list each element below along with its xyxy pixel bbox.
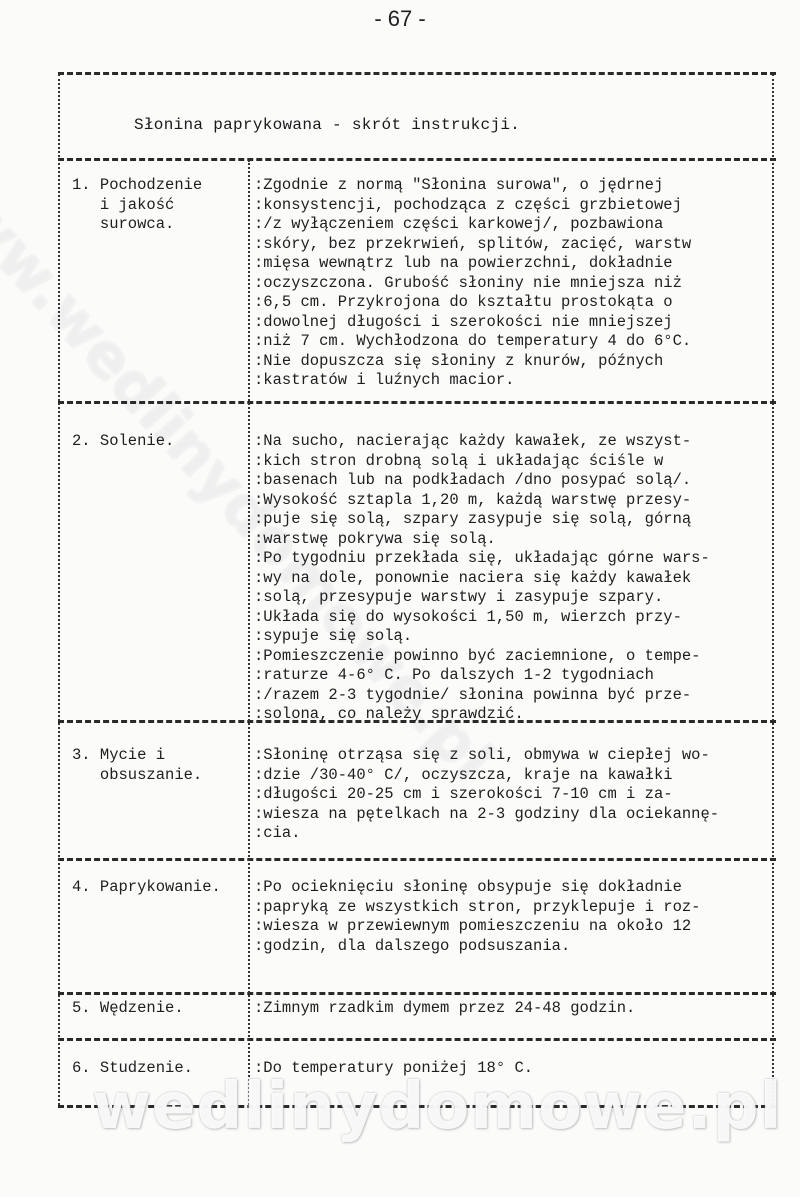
rule-sec5-bottom [58,1038,776,1041]
section-label: 1. Pochodzenie i jakość surowca. [72,176,252,235]
section-content: :Zgodnie z normą "Słonina surowa", o jęd… [254,176,774,391]
content-line: :Zgodnie z normą "Słonina surowa", o jęd… [254,176,774,196]
content-line: :konsystencji, pochodząca z części grzbi… [254,196,774,216]
content-line: :Układa się do wysokości 1,50 m, wierzch… [254,608,774,628]
content-line: :basenach lub na podkładach /dno posypać… [254,471,774,491]
content-line: :cia. [254,824,774,844]
section-content: :Po ocieknięciu słoninę obsypuje się dok… [254,878,774,956]
rule-top [58,72,776,75]
content-line: :niż 7 cm. Wychłodzona do temperatury 4 … [254,332,774,352]
section-content: :Słoninę otrząsa się z soli, obmywa w ci… [254,746,774,844]
section-label: 4. Paprykowanie. [72,878,252,898]
rule-sec1-bottom [58,401,776,404]
content-line: :Na sucho, nacierając każdy kawałek, ze … [254,432,774,452]
document-title: Słonina paprykowana - skrót instrukcji. [134,116,520,134]
content-line: :Po tygodniu przekłada się, układając gó… [254,549,774,569]
content-line: :puje się solą, szpary zasypuje się solą… [254,510,774,530]
border-left [58,74,60,1105]
content-line: :papryką ze wszystkich stron, przyklepuj… [254,898,774,918]
content-line: :/z wyłączeniem części karkowej/, pozbaw… [254,215,774,235]
section-content: :Na sucho, nacierając każdy kawałek, ze … [254,432,774,725]
content-line: :oczyszczona. Grubość słoniny nie mniejs… [254,274,774,294]
section-label: 5. Wędzenie. [72,999,252,1019]
section-label: 2. Solenie. [72,432,252,452]
section-label: 3. Mycie i obsuszanie. [72,746,252,785]
rule-sec3-bottom [58,858,776,861]
content-line: :warstwę pokrywa się solą. [254,530,774,550]
content-line: :wiesza na pętelkach na 2-3 godziny dla … [254,805,774,825]
content-line: :wy na dole, ponownie naciera się każdy … [254,569,774,589]
content-line: :dzie /30-40° C/, oczyszcza, kraje na ka… [254,766,774,786]
instruction-table: Słonina paprykowana - skrót instrukcji. … [58,72,776,1118]
content-line: :raturze 4-6° C. Po dalszych 1-2 tygodni… [254,666,774,686]
content-line: :solona, co należy sprawdzić. [254,705,774,725]
rule-sec4-bottom [58,992,776,995]
content-line: :solą, przesypuje warstwy i zasypuje szp… [254,588,774,608]
content-line: :dowolnej długości i szerokości nie mnie… [254,313,774,333]
rule-title-bottom [58,158,776,161]
content-line: :długości 20-25 cm i szerokości 7-10 cm … [254,785,774,805]
content-line: :sypuje się solą. [254,627,774,647]
content-line: :Słoninę otrząsa się z soli, obmywa w ci… [254,746,774,766]
page-number: - 67 - [0,6,800,32]
content-line: :/razem 2-3 tygodnie/ słonina powinna by… [254,686,774,706]
content-line: :Wysokość sztapla 1,20 m, każdą warstwę … [254,491,774,511]
column-divider [248,160,250,1105]
section-content: :Zimnym rzadkim dymem przez 24-48 godzin… [254,999,774,1019]
content-line: :skóry, bez przekrwień, splitów, zacięć,… [254,235,774,255]
content-line: :wiesza w przewiewnym pomieszczeniu na o… [254,917,774,937]
content-line: :Nie dopuszcza się słoniny z knurów, póź… [254,352,774,372]
content-line: :kastratów i luźnych macior. [254,371,774,391]
content-line: :godzin, dla dalszego podsuszania. [254,937,774,957]
content-line: :mięsa wewnątrz lub na powierzchni, dokł… [254,254,774,274]
site-watermark: wedlinydomowe.pl [92,1070,783,1144]
content-line: :Zimnym rzadkim dymem przez 24-48 godzin… [254,999,774,1019]
content-line: :Pomieszczenie powinno być zaciemnione, … [254,647,774,667]
content-line: :6,5 cm. Przykrojona do kształtu prostok… [254,293,774,313]
content-line: :Po ocieknięciu słoninę obsypuje się dok… [254,878,774,898]
content-line: :kich stron drobną solą i układając ściś… [254,452,774,472]
